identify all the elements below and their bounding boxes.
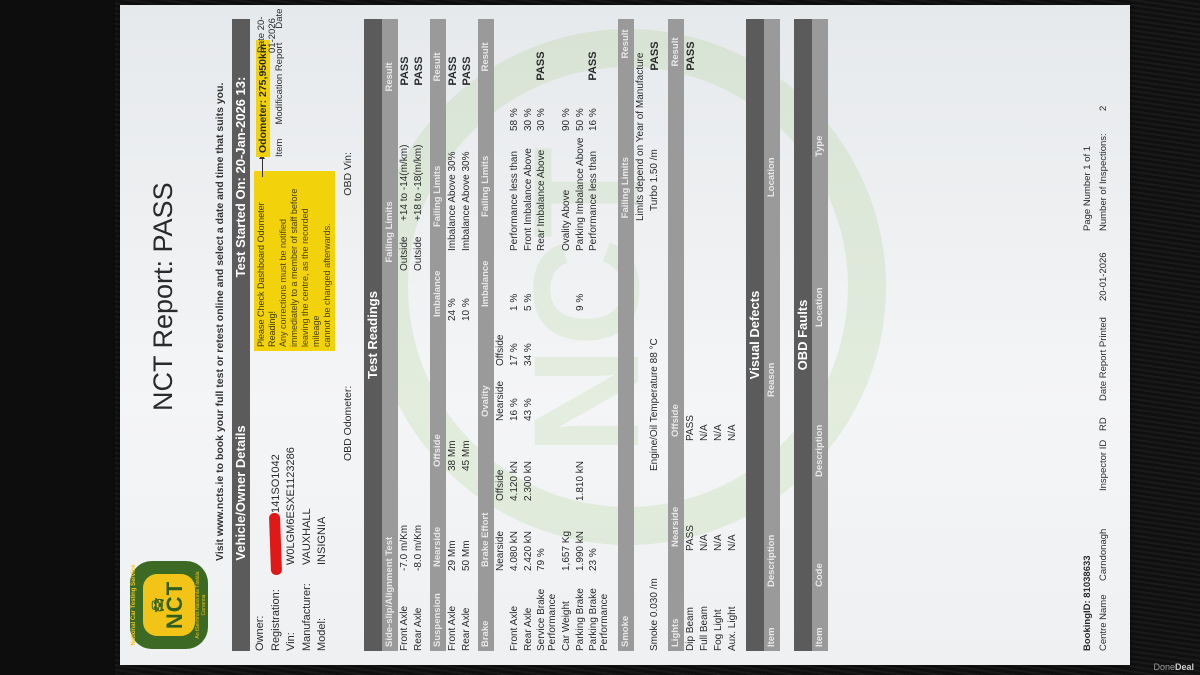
sideslip-row-front: Front Axle -7.0 m/Km Outside +14 to -14(… [398,19,412,651]
date-printed: 20-01-2026 [1098,231,1114,301]
vehicle-owner-heading: Vehicle/Owner Details [232,335,250,651]
light-row: Aux. LightN/AN/A [726,19,740,651]
odometer-reading: Odometer: 275,950km [256,40,270,157]
smoke-row-1: Limits depend on Year of Manufacture [634,19,648,651]
lights-header: Lights Nearside Offside Result [668,19,684,651]
visual-defects-band: Visual Defects [746,19,764,651]
registration-field: Registration:141SO1042 [270,351,286,651]
booking-id: BookingID: 81038633 [1082,231,1098,651]
suspension-row-front: Front Axle 29 Mm 38 Mm 24 % Imbalance Ab… [446,19,460,651]
vehicle-details: Owner: Registration:141SO1042 Vin:W0LGM6… [254,19,362,651]
test-readings-band: Test Readings [364,19,382,651]
smoke-header: Smoke Failing Limits Result [618,19,634,651]
sideslip-row-rear: Rear Axle -8.0 m/Km Outside +18 to -18(m… [412,19,426,651]
page-number: Page Number 1 of 1 [1082,146,1098,231]
logo-ring-text: National Car Testing Service [131,561,137,649]
visit-notice: Visit www.ncts.ie to book your full test… [214,19,226,561]
sideslip-header: Side-slip/Alignment Test Failing Limits … [382,19,398,651]
light-row: Dip BeamPASSPASSPASS [684,19,698,651]
logo-text: NCT [164,581,186,629]
light-row: Full BeamN/AN/A [698,19,712,651]
obd-row: OBD Odometer: OBD Vin: [342,11,354,651]
obd-odometer-label: OBD Odometer: [342,386,354,461]
brake-subheader: Nearside Offside Nearside Offside [494,19,508,651]
obd-faults-band: OBD Faults [794,19,812,651]
suspension-header: Suspension Nearside Offside Imbalance Fa… [430,19,446,651]
odometer-notice: Please Check Dashboard Odometer Reading!… [254,171,335,351]
model-field: Model:INSIGNIA [316,351,332,651]
brake-row: Parking Brake1.990 kN1.810 kN9 %Parking … [574,19,588,651]
lights-rows: Dip BeamPASSPASSPASSFull BeamN/AN/AFog L… [684,19,740,651]
arrow-icon [262,155,263,177]
suspension-row-rear: Rear Axle 50 Mm 45 Mm 10 % Imbalance Abo… [460,19,474,651]
modification-report-row: Item Modification Report Date [274,5,285,157]
obd-vin-label: OBD Vin: [342,152,354,196]
nct-logo: National Car Testing Service 🚘︎ NCT An t… [130,561,208,649]
redaction-mark [268,513,281,575]
test-started-heading: Test Started On: 20-Jan-2026 13: [232,19,250,335]
site-watermark: DoneDeal [1153,662,1194,672]
background-left [0,0,115,675]
logo-ring-text-irish: An tSeirbhís Náisiúnta Tástála Carranna [195,561,207,649]
manufacturer-field: Manufacturer:VAUXHALL [301,351,317,651]
centre-name: Carndonagh [1098,491,1114,581]
smoke-row-2: Smoke 0.030 /m Engine/Oil Temperature 88… [648,19,662,651]
light-row: Fog LightN/AN/A [712,19,726,651]
obd-faults-header: Item Code Description Location Type [812,19,828,651]
report-title: NCT Report: PASS [148,182,179,411]
brake-row: Car Weight1,657 KgOvality Above90 % [560,19,574,651]
brake-row: Rear Axle2.420 kN2.300 kN43 %34 %5 %Fron… [522,19,536,651]
brake-row: Parking Brake Performance23 %Performance… [588,19,612,651]
inspection-count: 2 [1098,106,1114,111]
report-footer: BookingID: 81038633 Page Number 1 of 1 C… [1082,19,1114,651]
report-header: National Car Testing Service 🚘︎ NCT An t… [130,19,212,651]
nct-report-document: NCT National Car Testing Service 🚘︎ NCT … [120,5,1130,665]
owner-field: Owner: [254,351,270,651]
brake-rows: Front Axle4.080 kN4.120 kN16 %17 %1 %Per… [508,19,612,651]
sideslip-rows: Front Axle -7.0 m/Km Outside +14 to -14(… [398,19,426,651]
brake-row: Front Axle4.080 kN4.120 kN16 %17 %1 %Per… [508,19,522,651]
vin-field: Vin:W0LGM6ESXE1123286 [285,351,301,651]
vehicle-owner-band: Vehicle/Owner Details Test Started On: 2… [232,19,250,651]
inspector-id: RD [1098,401,1114,431]
brake-header: Brake Brake Effort Ovality Imbalance Fai… [478,19,494,651]
visual-defects-header: Item Description Reason Location [764,19,780,651]
brake-row: Service Brake Performance79 %Rear Imbala… [536,19,560,651]
